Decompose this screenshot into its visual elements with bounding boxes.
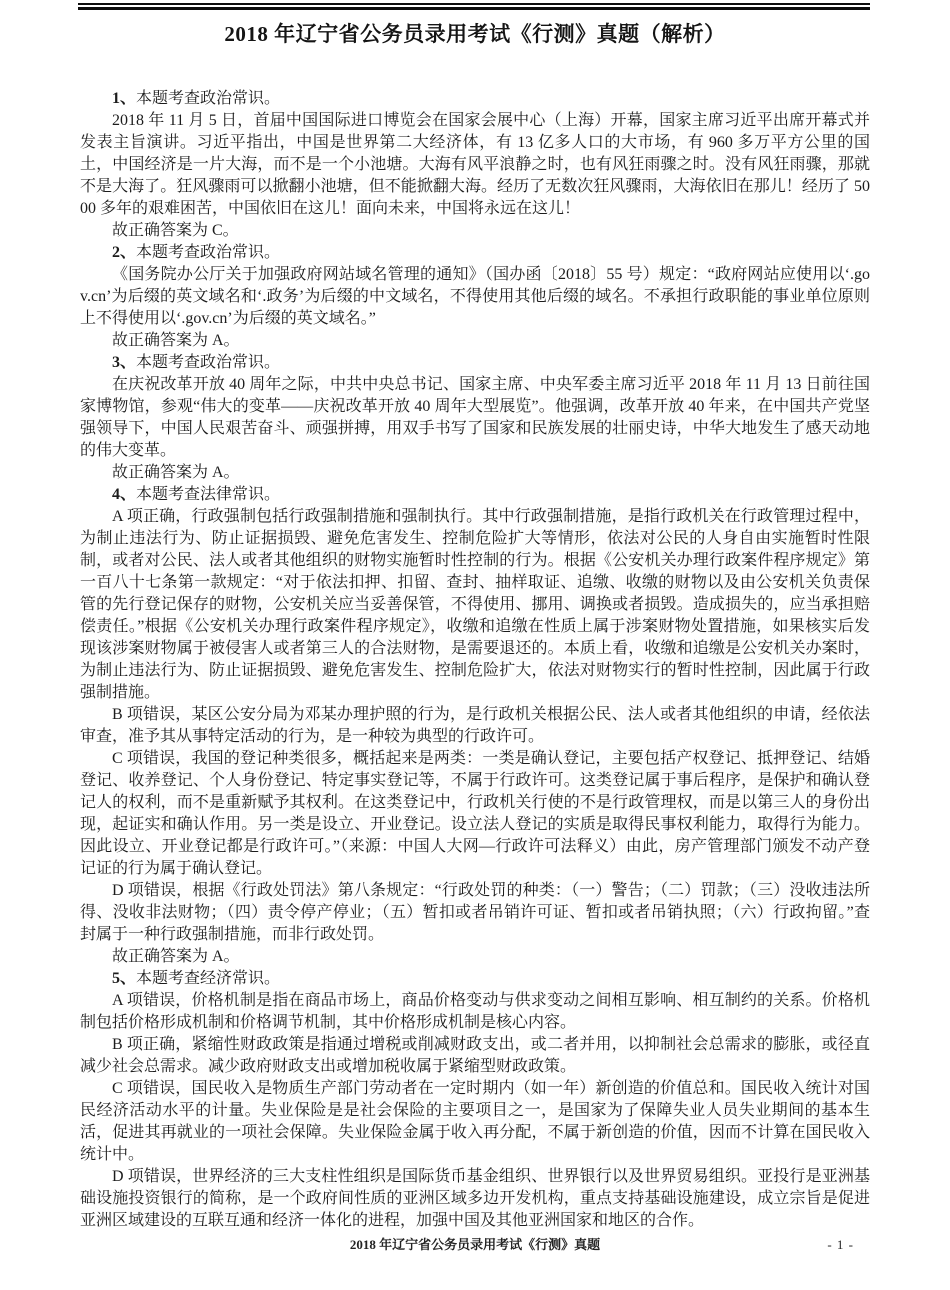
document-page: 2018 年辽宁省公务员录用考试《行测》真题（解析） 1、本题考查政治常识。20… [0, 0, 950, 1290]
document-body: 1、本题考查政治常识。2018 年 11 月 5 日，首届中国国际进口博览会在国… [80, 88, 870, 1232]
paragraph: D 项错误，世界经济的三大支柱性组织是国际货币基金组织、世界银行以及世界贸易组织… [80, 1166, 870, 1232]
question-number: 1、 [112, 90, 136, 107]
footer-doc-title: 2018 年辽宁省公务员录用考试《行测》真题 [80, 1236, 870, 1254]
paragraph: B 项错误，某区公安分局为邓某办理护照的行为，是行政机关根据公民、法人或者其他组… [80, 704, 870, 748]
question-heading-text: 本题考查政治常识。 [136, 244, 280, 261]
paragraph: A 项正确，行政强制包括行政强制措施和强制执行。其中行政强制措施，是指行政机关在… [80, 506, 870, 704]
paragraph: C 项错误，国民收入是物质生产部门劳动者在一定时期内（如一年）新创造的价值总和。… [80, 1078, 870, 1166]
question-heading-text: 本题考查政治常识。 [136, 90, 280, 107]
paragraph: 2018 年 11 月 5 日，首届中国国际进口博览会在国家会展中心（上海）开幕… [80, 110, 870, 220]
answer-line: 故正确答案为 A。 [80, 330, 870, 352]
question-heading: 2、本题考查政治常识。 [80, 242, 870, 264]
question-number: 2、 [112, 244, 136, 261]
question-heading-text: 本题考查经济常识。 [136, 970, 280, 987]
question-number: 4、 [112, 486, 136, 503]
question-heading: 3、本题考查政治常识。 [80, 352, 870, 374]
paragraph: B 项正确，紧缩性财政政策是指通过增税或削减财政支出，或二者并用，以抑制社会总需… [80, 1034, 870, 1078]
question-heading-text: 本题考查法律常识。 [136, 486, 280, 503]
paragraph: 在庆祝改革开放 40 周年之际，中共中央总书记、国家主席、中央军委主席习近平 2… [80, 374, 870, 462]
header-double-rule [78, 3, 870, 10]
page-footer: 2018 年辽宁省公务员录用考试《行测》真题 - 1 - [80, 1236, 870, 1254]
question-heading: 4、本题考查法律常识。 [80, 484, 870, 506]
question-heading: 1、本题考查政治常识。 [80, 88, 870, 110]
question-number: 3、 [112, 354, 136, 371]
paragraph: C 项错误，我国的登记种类很多，概括起来是两类：一类是确认登记，主要包括产权登记… [80, 748, 870, 880]
paragraph: A 项错误，价格机制是指在商品市场上，商品价格变动与供求变动之间相互影响、相互制… [80, 990, 870, 1034]
paragraph: D 项错误，根据《行政处罚法》第八条规定：“行政处罚的种类：（一）警告；（二）罚… [80, 880, 870, 946]
answer-line: 故正确答案为 A。 [80, 946, 870, 968]
paragraph: 《国务院办公厅关于加强政府网站域名管理的通知》（国办函〔2018〕55 号）规定… [80, 264, 870, 330]
question-number: 5、 [112, 970, 136, 987]
answer-line: 故正确答案为 A。 [80, 462, 870, 484]
question-heading: 5、本题考查经济常识。 [80, 968, 870, 990]
page-title: 2018 年辽宁省公务员录用考试《行测》真题（解析） [0, 18, 950, 50]
footer-page-number: - 1 - [827, 1236, 854, 1254]
answer-line: 故正确答案为 C。 [80, 220, 870, 242]
question-heading-text: 本题考查政治常识。 [136, 354, 280, 371]
